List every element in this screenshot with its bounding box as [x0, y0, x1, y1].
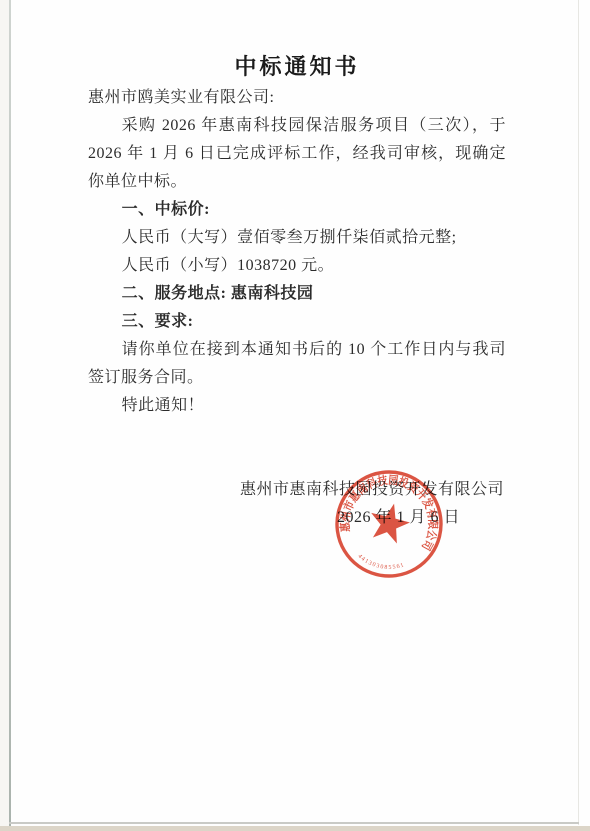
- intro-paragraph: 采购 2026 年惠南科技园保洁服务项目（三次），于 2026 年 1 月 6 …: [88, 112, 506, 196]
- recipient-line: 惠州市鸥美实业有限公司:: [88, 84, 506, 112]
- item3-heading: 三、要求:: [88, 308, 506, 336]
- scan-edge-bottom: [9, 822, 579, 824]
- scan-edge-left: [9, 0, 11, 827]
- document-title: 中标通知书: [88, 50, 506, 84]
- closing-line: 特此通知！: [88, 392, 506, 420]
- amount-in-figures: 人民币（小写）1038720 元。: [88, 252, 506, 280]
- amount-in-words: 人民币（大写）壹佰零叁万捌仟柒佰贰拾元整;: [88, 224, 506, 252]
- scanned-document-page: 中标通知书 惠州市鸥美实业有限公司: 采购 2026 年惠南科技园保洁服务项目（…: [0, 0, 590, 831]
- scan-margin-left: [0, 0, 9, 831]
- item1-heading: 一、中标价:: [88, 196, 506, 224]
- requirement-paragraph: 请你单位在接到本通知书后的 10 个工作日内与我司签订服务合同。: [88, 336, 506, 392]
- item2-service-location: 二、服务地点: 惠南科技园: [88, 280, 506, 308]
- scan-background-strip: [0, 826, 590, 831]
- scan-edge-right: [578, 0, 579, 825]
- seal-star-icon: [366, 499, 414, 546]
- official-seal-stamp: 惠州市惠南科技园投资开发有限公司 4413030855610: [317, 452, 461, 596]
